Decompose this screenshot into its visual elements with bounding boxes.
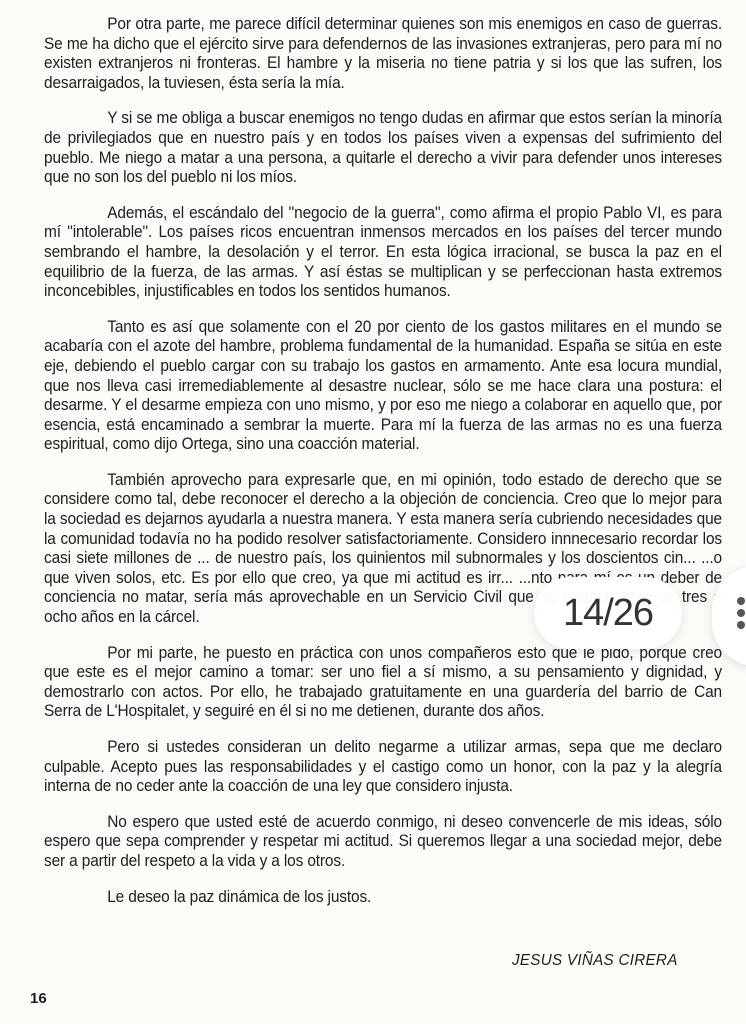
paragraph: Por mi parte, he puesto en práctica con …	[44, 643, 722, 721]
document-page: Por otra parte, me parece difícil determ…	[0, 0, 746, 1024]
document-body: Por otra parte, me parece difícil determ…	[44, 14, 722, 922]
paragraph: Además, el escándalo del ''negocio de la…	[44, 203, 722, 301]
page-number: 16	[30, 990, 47, 1007]
signature: JESUS VIÑAS CIRERA	[512, 952, 678, 970]
paragraph: Por otra parte, me parece difícil determ…	[44, 14, 722, 92]
paragraph: Y si se me obliga a buscar enemigos no t…	[44, 108, 722, 186]
paragraph: No espero que usted esté de acuerdo conm…	[44, 812, 722, 871]
paragraph: Pero si ustedes consideran un delito neg…	[44, 737, 722, 796]
page-counter-badge: 14/26	[534, 577, 682, 649]
more-vertical-icon	[737, 597, 745, 629]
closing-line: Le deseo la paz dinámica de los justos.	[44, 887, 722, 907]
paragraph: Tanto es así que solamente con el 20 por…	[44, 317, 722, 454]
